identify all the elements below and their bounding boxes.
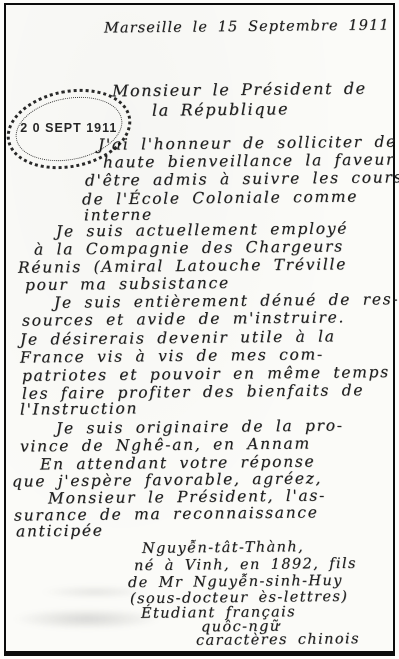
salutation-line: la République bbox=[152, 99, 289, 119]
scanned-letter-page: Marseille le 15 Septembre 1911 Monsieur … bbox=[0, 0, 399, 659]
body-line: sources et avide de m'instruire. bbox=[22, 308, 345, 329]
body-line: l'Instruction bbox=[20, 399, 138, 418]
body-line: d'être admis à suivre les cours bbox=[85, 168, 399, 189]
body-line: anticipée bbox=[16, 522, 104, 541]
signature-line: caractères chinois bbox=[196, 631, 360, 649]
salutation-line: Monsieur le Président de bbox=[112, 79, 367, 101]
body-line: pour ma subsistance bbox=[25, 274, 230, 294]
signature-line: né à Vinh, en 1892, fils bbox=[134, 556, 357, 574]
signature-line: Nguyễn-tât-Thành, bbox=[142, 539, 304, 557]
stamp-date-text: 2 0 SEPT 1911 bbox=[6, 121, 132, 135]
dateline: Marseille le 15 Septembre 1911 bbox=[104, 18, 390, 37]
